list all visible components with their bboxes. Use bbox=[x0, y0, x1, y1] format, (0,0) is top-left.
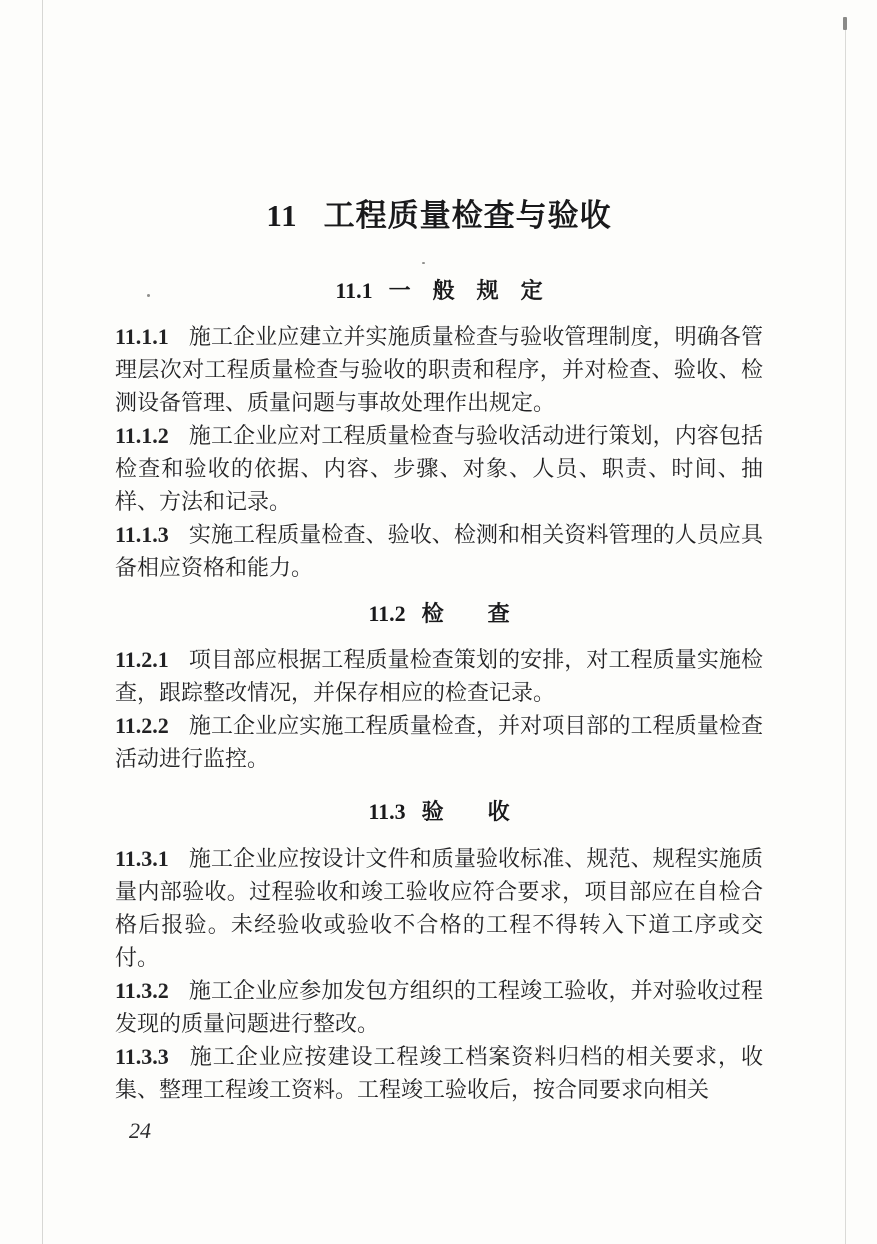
clause-text: 施工企业应建立并实施质量检查与验收管理制度，明确各管理层次对工程质量检查与验收的… bbox=[115, 324, 763, 415]
page-content: 11工程质量检查与验收 11.1一 般 规 定 11.1.1施工企业应建立并实施… bbox=[115, 0, 763, 1147]
section-heading-11-2: 11.2检 查 bbox=[115, 599, 763, 629]
scan-artifact-tick bbox=[843, 17, 847, 30]
scan-edge-line-right bbox=[845, 24, 846, 1244]
section-heading-11-3: 11.3验 收 bbox=[115, 797, 763, 827]
chapter-number: 11 bbox=[266, 198, 297, 233]
clause-11-3-1: 11.3.1施工企业应按设计文件和质量验收标准、规范、规程实施质量内部验收。过程… bbox=[115, 842, 763, 974]
section-title: 验 收 bbox=[422, 799, 510, 824]
section-heading-11-1: 11.1一 般 规 定 bbox=[115, 276, 763, 306]
clause-number: 11.3.1 bbox=[115, 846, 169, 871]
clause-11-3-3: 11.3.3施工企业应按建设工程竣工档案资料归档的相关要求，收集、整理工程竣工资… bbox=[115, 1040, 763, 1106]
section-title: 一 般 规 定 bbox=[389, 278, 543, 303]
clause-text: 实施工程质量检查、验收、检测和相关资料管理的人员应具备相应资格和能力。 bbox=[115, 522, 763, 580]
page-number: 24 bbox=[115, 1114, 763, 1147]
section-number: 11.3 bbox=[368, 799, 405, 824]
clause-11-1-3: 11.1.3实施工程质量检查、验收、检测和相关资料管理的人员应具备相应资格和能力… bbox=[115, 518, 763, 584]
clause-text: 施工企业应按建设工程竣工档案资料归档的相关要求，收集、整理工程竣工资料。工程竣工… bbox=[115, 1044, 763, 1102]
clause-11-1-1: 11.1.1施工企业应建立并实施质量检查与验收管理制度，明确各管理层次对工程质量… bbox=[115, 320, 763, 419]
clause-text: 施工企业应按设计文件和质量验收标准、规范、规程实施质量内部验收。过程验收和竣工验… bbox=[115, 846, 763, 970]
clause-text: 施工企业应对工程质量检查与验收活动进行策划，内容包括检查和验收的依据、内容、步骤… bbox=[115, 423, 763, 514]
clause-number: 11.1.2 bbox=[115, 423, 169, 448]
clause-11-2-1: 11.2.1项目部应根据工程质量检查策划的安排，对工程质量实施检查，跟踪整改情况… bbox=[115, 643, 763, 709]
chapter-title: 11工程质量检查与验收 bbox=[115, 196, 763, 236]
clause-number: 11.2.1 bbox=[115, 647, 169, 672]
clause-11-3-2: 11.3.2施工企业应参加发包方组织的工程竣工验收，并对验收过程发现的质量问题进… bbox=[115, 974, 763, 1040]
clause-text: 项目部应根据工程质量检查策划的安排，对工程质量实施检查，跟踪整改情况，并保存相应… bbox=[115, 647, 763, 705]
scanned-document-page: 11工程质量检查与验收 11.1一 般 规 定 11.1.1施工企业应建立并实施… bbox=[0, 0, 877, 1244]
clause-number: 11.1.3 bbox=[115, 522, 169, 547]
section-number: 11.2 bbox=[368, 601, 405, 626]
clause-text: 施工企业应实施工程质量检查，并对项目部的工程质量检查活动进行监控。 bbox=[115, 713, 763, 771]
clause-number: 11.3.2 bbox=[115, 978, 169, 1003]
scan-edge-line-left bbox=[42, 0, 43, 1244]
clause-11-1-2: 11.1.2施工企业应对工程质量检查与验收活动进行策划，内容包括检查和验收的依据… bbox=[115, 419, 763, 518]
clause-number: 11.2.2 bbox=[115, 713, 169, 738]
chapter-name: 工程质量检查与验收 bbox=[324, 198, 612, 233]
clause-number: 11.3.3 bbox=[115, 1044, 169, 1069]
clause-number: 11.1.1 bbox=[115, 324, 169, 349]
clause-text: 施工企业应参加发包方组织的工程竣工验收，并对验收过程发现的质量问题进行整改。 bbox=[115, 978, 763, 1036]
section-title: 检 查 bbox=[422, 601, 510, 626]
section-number: 11.1 bbox=[335, 278, 372, 303]
clause-11-2-2: 11.2.2施工企业应实施工程质量检查，并对项目部的工程质量检查活动进行监控。 bbox=[115, 709, 763, 775]
